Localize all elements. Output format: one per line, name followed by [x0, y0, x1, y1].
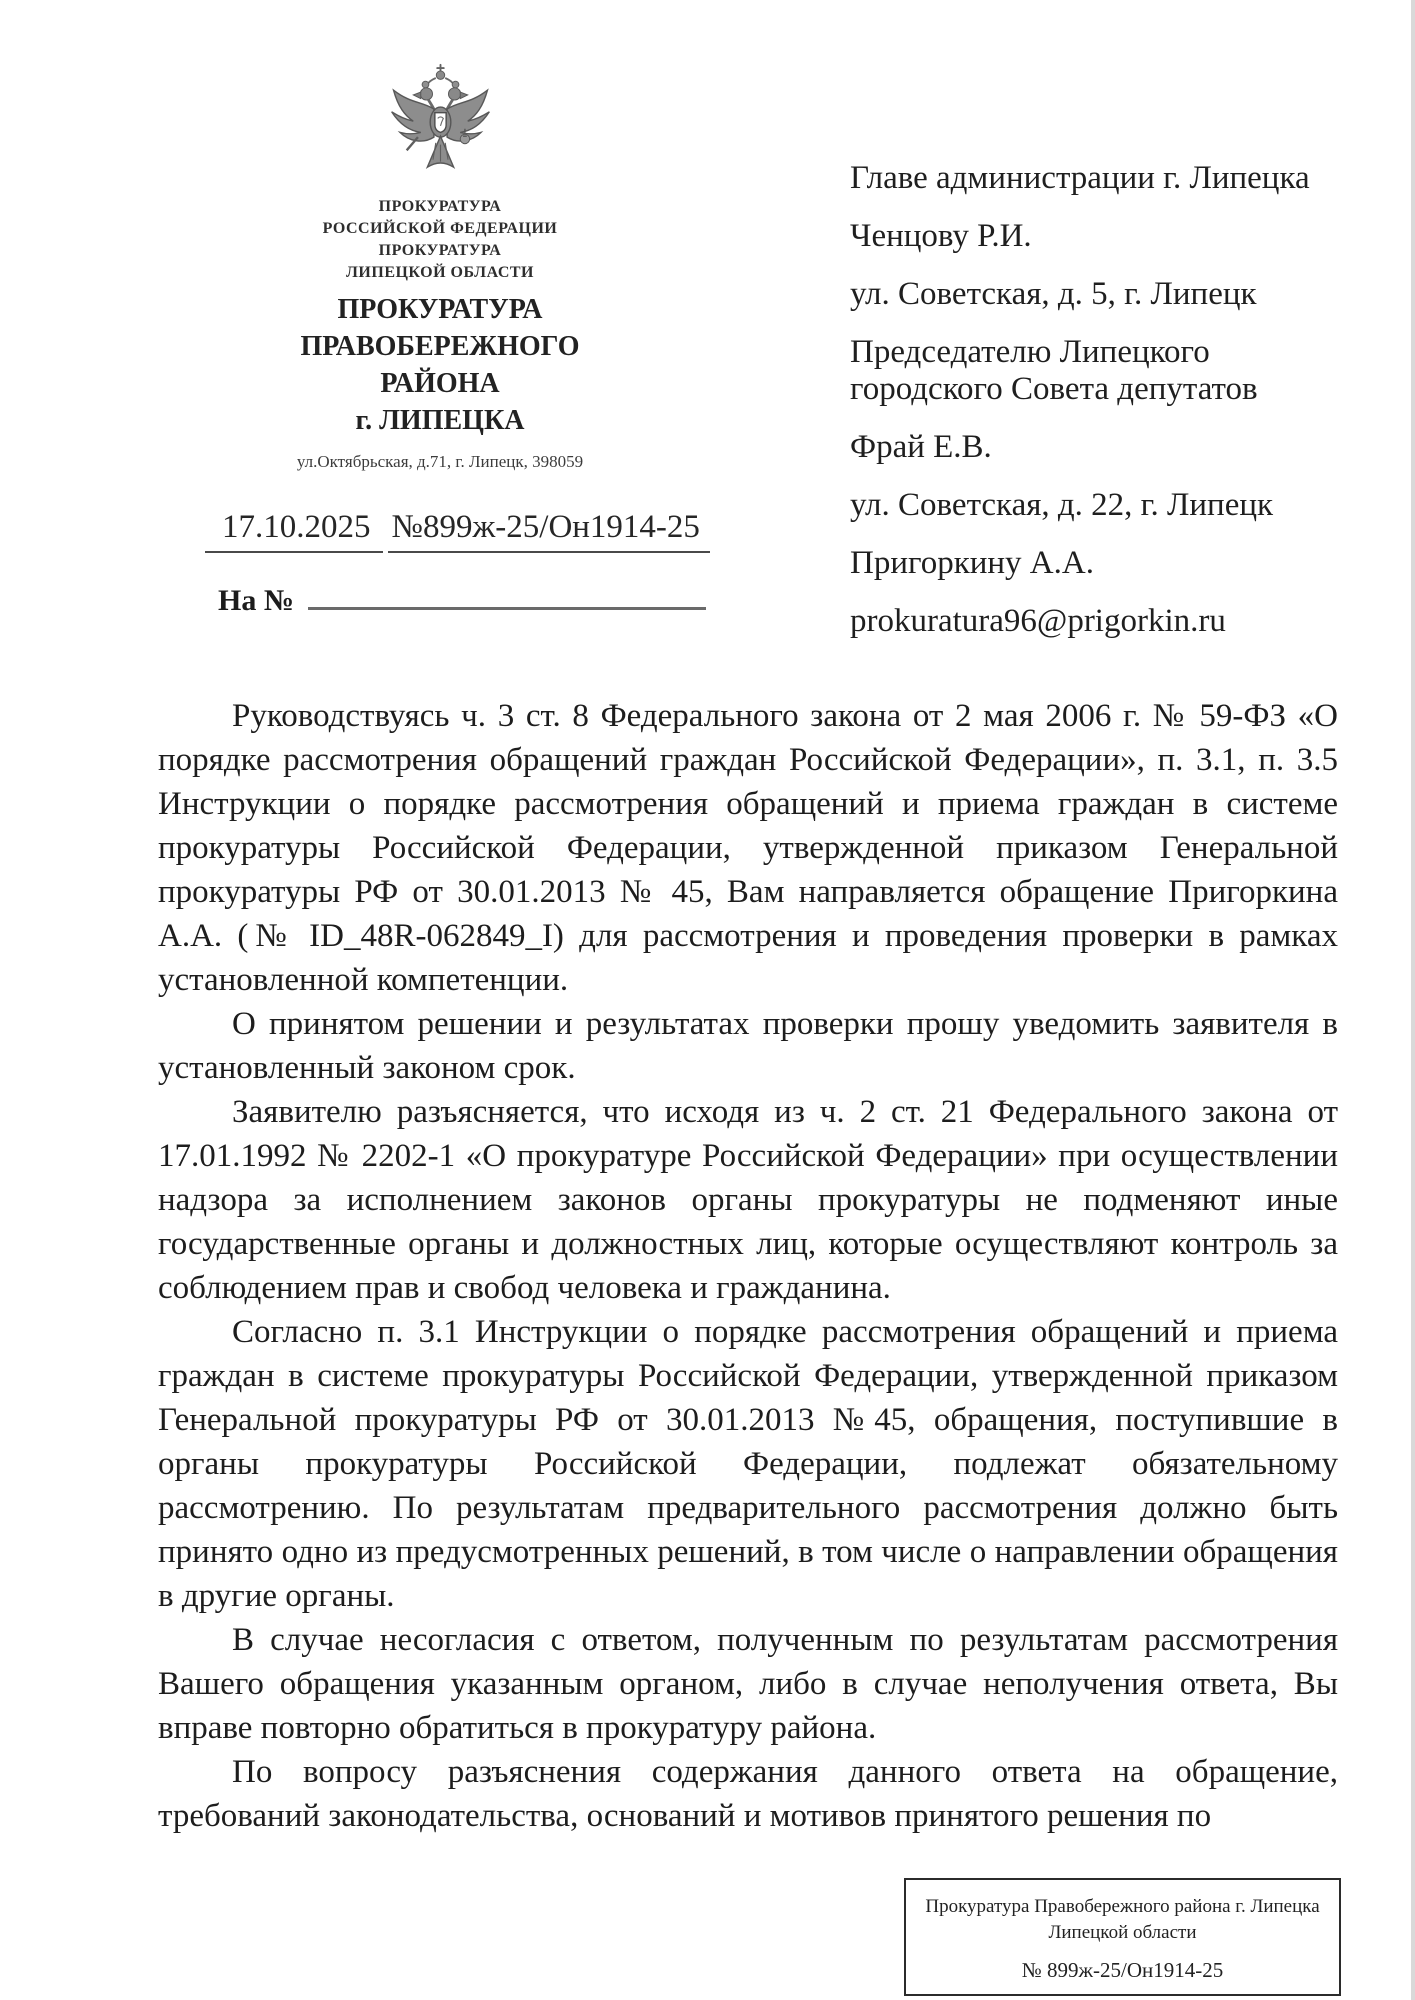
- stamp-number: № 899ж-25/Он1914-25: [906, 1957, 1339, 1983]
- outgoing-number: №899ж-25/Он1914-25: [388, 509, 710, 553]
- body-paragraph: О принятом решении и результатах проверк…: [158, 1002, 1338, 1090]
- stamp-org-line-1: Прокуратура Правобережного района г. Лип…: [906, 1894, 1339, 1920]
- letterhead-title-line-3: г. ЛИПЕЦКА: [240, 402, 640, 439]
- body-paragraph: Заявителю разъясняется, что исходя из ч.…: [158, 1090, 1338, 1310]
- scan-edge-artifact: [1411, 0, 1415, 2000]
- recipient-line: ул. Советская, д. 5, г. Липецк: [850, 276, 1340, 313]
- recipient-line: Ченцову Р.И.: [850, 218, 1340, 255]
- coat-of-arms-emblem: [384, 62, 497, 186]
- recipient-line: ул. Советская, д. 22, г. Липецк: [850, 487, 1340, 524]
- recipient-line: Главе администрации г. Липецка: [850, 160, 1340, 197]
- letterhead: ПРОКУРАТУРА РОССИЙСКОЙ ФЕДЕРАЦИИ ПРОКУРА…: [240, 62, 640, 472]
- recipient-block: Главе администрации г. Липецка Ченцову Р…: [850, 160, 1340, 661]
- letterhead-postal-address: ул.Октябрьская, д.71, г. Липецк, 398059: [240, 452, 640, 472]
- body-paragraph: По вопросу разъяснения содержания данног…: [158, 1750, 1338, 1838]
- letterhead-org-line-2: РОССИЙСКОЙ ФЕДЕРАЦИИ: [240, 218, 640, 240]
- body-paragraph: Согласно п. 3.1 Инструкции о порядке рас…: [158, 1310, 1338, 1618]
- letterhead-title-line-1: ПРОКУРАТУРА: [240, 291, 640, 328]
- recipient-line: Председателю Липецкого городского Совета…: [850, 334, 1340, 408]
- body-paragraph: Руководствуясь ч. 3 ст. 8 Федерального з…: [158, 694, 1338, 1002]
- body-paragraph: В случае несогласия с ответом, полученны…: [158, 1618, 1338, 1750]
- registration-stamp: Прокуратура Правобережного района г. Лип…: [904, 1878, 1341, 1996]
- recipient-line: Фрай Е.В.: [850, 429, 1340, 466]
- reply-number-blank: [308, 577, 706, 610]
- recipient-line: Пригоркину А.А.: [850, 545, 1340, 582]
- reference-line: 17.10.2025№899ж-25/Он1914-25: [205, 509, 710, 553]
- document-page: ПРОКУРАТУРА РОССИЙСКОЙ ФЕДЕРАЦИИ ПРОКУРА…: [0, 0, 1415, 2000]
- reply-reference-label: На №: [218, 584, 294, 617]
- letter-body: Руководствуясь ч. 3 ст. 8 Федерального з…: [158, 694, 1338, 1838]
- stamp-org-line-2: Липецкой области: [906, 1920, 1339, 1946]
- reply-reference-line: На №: [218, 577, 706, 618]
- outgoing-date: 17.10.2025: [205, 509, 383, 553]
- letterhead-org-line-4: ЛИПЕЦКОЙ ОБЛАСТИ: [240, 262, 640, 284]
- recipient-email: prokuratura96@prigorkin.ru: [850, 603, 1340, 640]
- letterhead-org-line-1: ПРОКУРАТУРА: [240, 196, 640, 218]
- letterhead-org-line-3: ПРОКУРАТУРА: [240, 240, 640, 262]
- letterhead-title-line-2: ПРАВОБЕРЕЖНОГО РАЙОНА: [240, 328, 640, 402]
